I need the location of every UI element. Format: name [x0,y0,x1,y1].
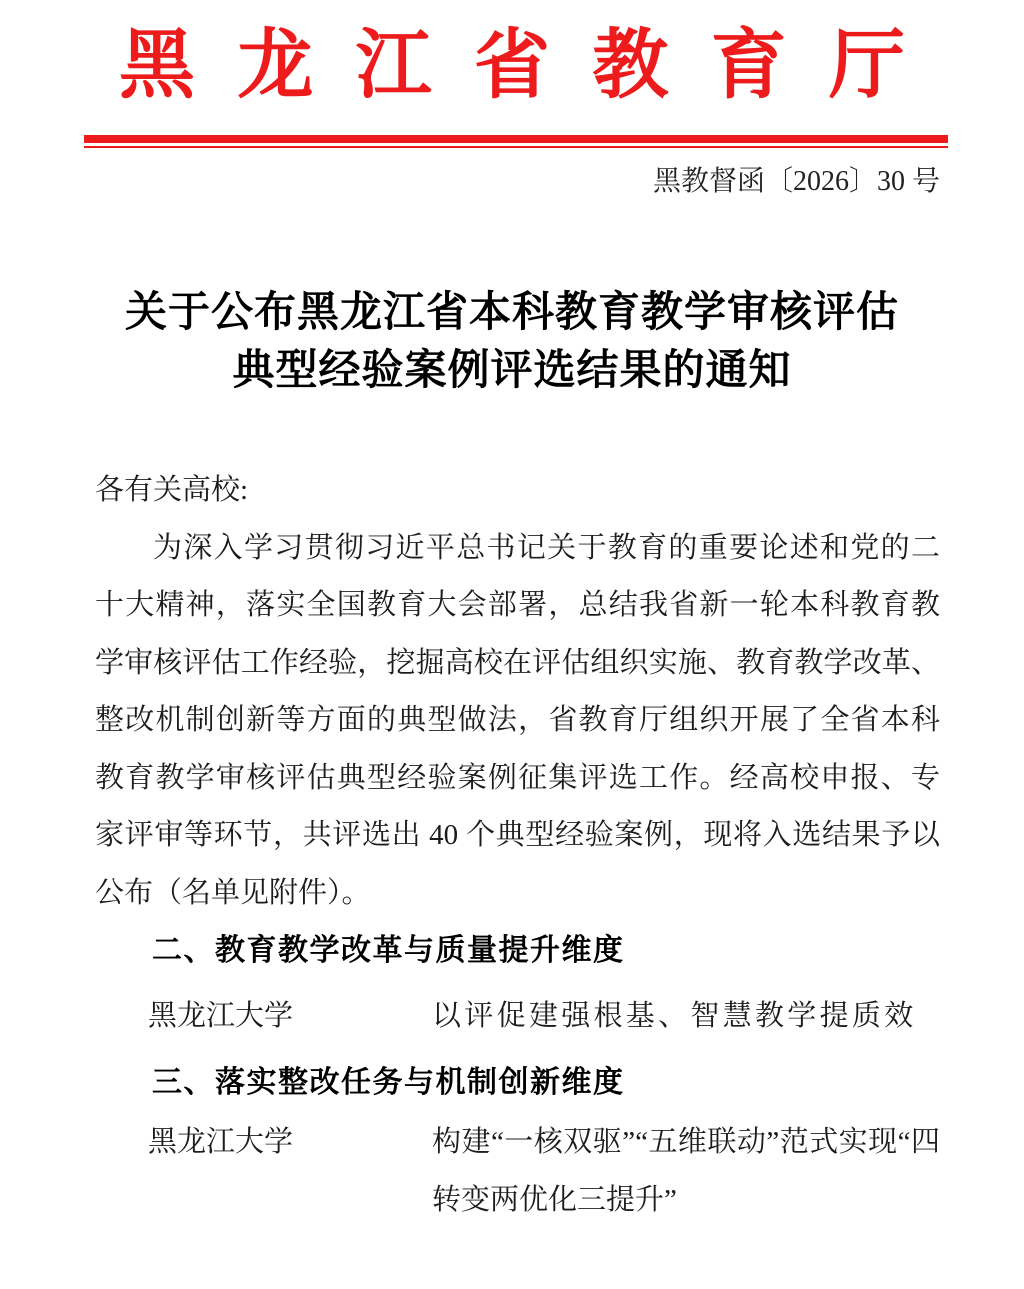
agency-name: 黑 龙 江 省 教 育 厅 [119,24,905,108]
paragraph-line: 公布（名单见附件）。 [95,865,940,923]
main-paragraph: 为深入学习贯彻习近平总书记关于教育的重要论述和党的二 十大精神，落实全国教育大会… [95,520,940,923]
university-name: 黑龙江大学 [148,1114,432,1229]
letterhead: 黑 龙 江 省 教 育 厅 黑教督函〔2026〕30 号 [0,24,1024,202]
salutation: 各有关高校: [95,462,940,520]
section-heading-3: 三、落实整改任务与机制创新维度 [152,1054,940,1112]
agency-char: 教 [592,24,668,108]
university-name: 黑龙江大学 [148,988,432,1046]
paragraph-line: 家评审等环节，共评选出 40 个典型经验案例，现将入选结果予以 [95,807,940,865]
paragraph-line: 学审核评估工作经验，挖掘高校在评估组织实施、教育教学改革、 [95,635,940,693]
section-heading-2: 二、教育教学改革与质量提升维度 [152,922,940,980]
document-title-line1: 关于公布黑龙江省本科教育教学审核评估 [0,284,1024,342]
paragraph-line: 为深入学习贯彻习近平总书记关于教育的重要论述和党的二 [95,520,940,578]
award-entry: 黑龙江大学 构建“一核双驱”“五维联动”范式实现“四转变两优化三提升” [148,1114,940,1229]
document-body: 各有关高校: 为深入学习贯彻习近平总书记关于教育的重要论述和党的二 十大精神，落… [0,462,1024,1229]
agency-char: 省 [474,24,550,108]
agency-char: 江 [356,24,432,108]
case-title: 以评促建强根基、智慧教学提质效 [432,988,940,1046]
agency-char: 育 [711,24,787,108]
case-title: 构建“一核双驱”“五维联动”范式实现“四转变两优化三提升” [432,1114,940,1229]
document-title: 关于公布黑龙江省本科教育教学审核评估 典型经验案例评选结果的通知 [0,284,1024,400]
paragraph-line: 整改机制创新等方面的典型做法，省教育厅组织开展了全省本科 [95,692,940,750]
agency-char: 厅 [829,24,905,108]
agency-char: 黑 [119,24,195,108]
document-page: 黑 龙 江 省 教 育 厅 黑教督函〔2026〕30 号 关于公布黑龙江省本科教… [0,0,1024,1289]
award-entry: 黑龙江大学 以评促建强根基、智慧教学提质效 [148,988,940,1046]
agency-char: 龙 [237,24,313,108]
red-rule-thin-bar [84,146,948,148]
red-rule-thick-bar [84,135,948,143]
paragraph-line: 教育教学审核评估典型经验案例征集评选工作。经高校申报、专 [95,750,940,808]
paragraph-line: 十大精神，落实全国教育大会部署，总结我省新一轮本科教育教 [95,577,940,635]
document-number: 黑教督函〔2026〕30 号 [0,162,1024,202]
red-separator-rule [84,135,948,148]
document-title-line2: 典型经验案例评选结果的通知 [0,342,1024,400]
